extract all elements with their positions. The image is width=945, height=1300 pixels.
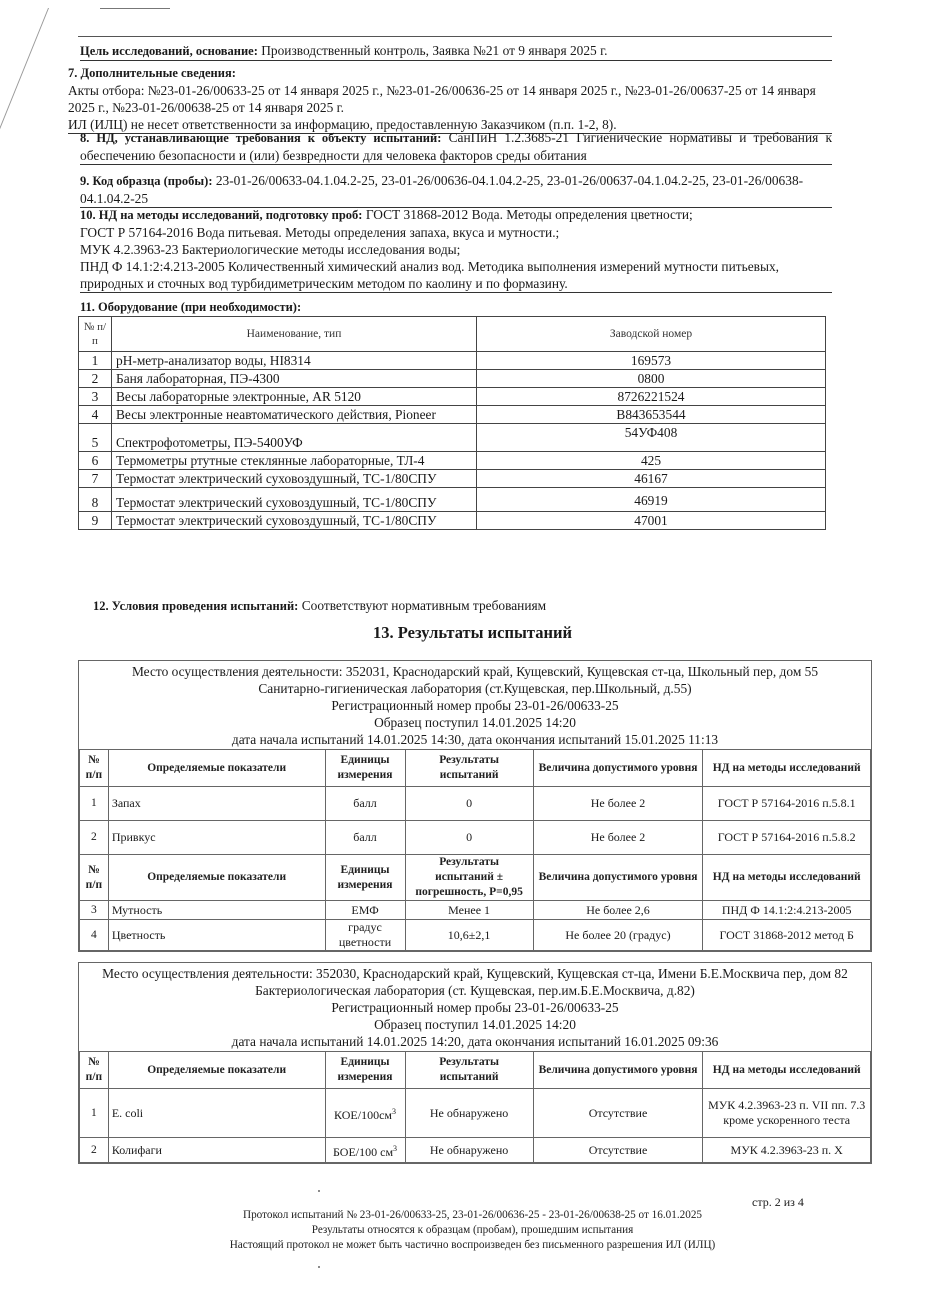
result-value: Менее 1 [405,901,533,920]
scan-speck [318,1190,320,1192]
section-sample-code: 9. Код образца (пробы): 23-01-26/00633-0… [80,172,832,208]
unit: КОЕ/100см3 [325,1089,405,1138]
limit-value: Отсутствие [533,1138,703,1163]
unit: балл [325,821,405,855]
section-equipment-title: 11. Оборудование (при необходимости): [80,298,832,316]
method-line: ГОСТ 31868-2012 Вода. Методы определения… [362,207,692,222]
section-label: 12. Условия проведения испытаний: [93,599,298,613]
results-scope-note: Результаты относятся к образцам (пробам)… [0,1223,945,1238]
test-dates: дата начала испытаний 14.01.2025 14:30, … [85,731,865,748]
serial-number: 47001 [477,512,826,530]
section-label: 11. Оборудование (при необходимости): [80,300,301,314]
equipment-name: Термостат электрический суховоздушный, Т… [112,512,477,530]
section-conditions: 12. Условия проведения испытаний: Соотве… [93,597,845,615]
table-header-row: № п/п Определяемые показатели Единицы из… [80,750,871,787]
result-value: 10,6±2,1 [405,920,533,951]
header-method: НД на методы исследований [703,1052,871,1089]
results-title: 13. Результаты испытаний [0,623,945,643]
table-row: 1 Запах балл 0 Не более 2 ГОСТ Р 57164-2… [80,787,871,821]
method-line: ПНД Ф 14.1:2:4.213-2005 Количественный х… [80,258,832,292]
unit: градус цветности [325,920,405,951]
section-label: Цель исследований, основание: [80,44,258,58]
equipment-name: pH-метр-анализатор воды, HI8314 [112,352,477,370]
lab-name: Санитарно-гигиеническая лаборатория (ст.… [85,680,865,697]
scan-artifact [100,8,170,9]
registration-number: Регистрационный номер пробы 23-01-26/006… [85,697,865,714]
indicator-name: Мутность [108,901,325,920]
equipment-name: Баня лабораторная, ПЭ-4300 [112,370,477,388]
method-line: МУК 4.2.3963-23 Бактериологические метод… [80,241,832,258]
table-row: 8Термостат электрический суховоздушный, … [79,488,826,512]
activity-place: Место осуществления деятельности: 352030… [85,965,865,982]
sample-received: Образец поступил 14.01.2025 14:20 [85,714,865,731]
header-result: Результаты испытаний [405,1052,533,1089]
equipment-table: № п/п Наименование, тип Заводской номер … [78,316,826,530]
section-value: Производственный контроль, Заявка №21 от… [258,43,608,58]
equipment-name: Весы электронные неавтоматического дейст… [112,406,477,424]
table-row: 9Термостат электрический суховоздушный, … [79,512,826,530]
limit-value: Не более 20 (градус) [533,920,703,951]
row-num: 1 [79,352,112,370]
method-line: ГОСТ Р 57164-2016 Вода питьевая. Методы … [80,224,832,241]
section-label: 7. Дополнительные сведения: [68,66,236,80]
indicator-name: Запах [108,787,325,821]
table-row: 5Спектрофотометры, ПЭ-5400УФ54УФ408 [79,424,826,452]
serial-number: B843653544 [477,406,826,424]
header-unit: Единицы измерения [325,1052,405,1089]
limit-value: Не более 2 [533,787,703,821]
method-ref: МУК 4.2.3963-23 п. X [703,1138,871,1163]
row-num: 3 [80,901,109,920]
limit-value: Отсутствие [533,1089,703,1138]
serial-number: 8726221524 [477,388,826,406]
table-row: 2 Колифаги БОЕ/100 см3 Не обнаружено Отс… [80,1138,871,1163]
result-value: Не обнаружено [405,1138,533,1163]
section-value: Соответствуют нормативным требованиям [298,598,546,613]
serial-number: 425 [477,452,826,470]
header-result: Результаты испытаний [405,750,533,787]
equipment-name: Термометры ртутные стеклянные лабораторн… [112,452,477,470]
header-unit: Единицы измерения [325,855,405,901]
table-row: 2 Привкус балл 0 Не более 2 ГОСТ Р 57164… [80,821,871,855]
serial-number: 46167 [477,470,826,488]
method-ref: ГОСТ 31868-2012 метод Б [703,920,871,951]
section-methods: 10. НД на методы исследований, подготовк… [80,206,832,293]
table-row: 4Весы электронные неавтоматического дейс… [79,406,826,424]
unit-exponent: 3 [392,1107,396,1116]
activity-place: Место осуществления деятельности: 352031… [85,663,865,680]
indicator-name: Цветность [108,920,325,951]
row-num: 7 [79,470,112,488]
table-row: 3Весы лабораторные электронные, AR 51208… [79,388,826,406]
results-table: № п/п Определяемые показатели Единицы из… [79,749,871,951]
header-num: № п/п [80,1052,109,1089]
reproduction-notice: Настоящий протокол не может быть частичн… [0,1238,945,1253]
table-row: 4 Цветность градус цветности 10,6±2,1 Не… [80,920,871,951]
section-additional-info: 7. Дополнительные сведения: Акты отбора:… [68,64,832,134]
limit-value: Не более 2 [533,821,703,855]
registration-number: Регистрационный номер пробы 23-01-26/006… [85,999,865,1016]
header-unit: Единицы измерения [325,750,405,787]
method-ref: МУК 4.2.3963-23 п. VII пп. 7.3 кроме уск… [703,1089,871,1138]
block-header: Место осуществления деятельности: 352030… [79,963,871,1051]
header-limit: Величина допустимого уровня [533,1052,703,1089]
serial-number: 169573 [477,352,826,370]
indicator-name: E. coli [108,1089,325,1138]
row-num: 6 [79,452,112,470]
divider [78,36,832,37]
table-row: 2Баня лабораторная, ПЭ-43000800 [79,370,826,388]
row-num: 1 [80,787,109,821]
row-num: 2 [79,370,112,388]
results-block-bacteriological: Место осуществления деятельности: 352030… [78,962,872,1164]
header-num: № п/п [79,317,112,352]
lab-name: Бактериологическая лаборатория (ст. Куще… [85,982,865,999]
header-method: НД на методы исследований [703,750,871,787]
equipment-name: Термостат электрический суховоздушный, Т… [112,470,477,488]
header-num: № п/п [80,855,109,901]
equipment-name: Весы лабораторные электронные, AR 5120 [112,388,477,406]
test-dates: дата начала испытаний 14.01.2025 14:20, … [85,1033,865,1050]
header-indicator: Определяемые показатели [108,1052,325,1089]
header-num: № п/п [80,750,109,787]
table-header-row: № п/п Определяемые показатели Единицы из… [80,1052,871,1089]
table-row: 1 E. coli КОЕ/100см3 Не обнаружено Отсут… [80,1089,871,1138]
row-num: 2 [80,821,109,855]
unit-text: КОЕ/100см [334,1108,392,1122]
protocol-page: Цель исследований, основание: Производст… [0,0,945,1300]
row-num: 4 [79,406,112,424]
row-num: 4 [80,920,109,951]
scan-speck [318,1266,320,1268]
serial-number: 0800 [477,370,826,388]
section-goal: Цель исследований, основание: Производст… [80,42,832,61]
sampling-acts: Акты отбора: №23-01-26/00633-25 от 14 ян… [68,82,832,116]
header-serial: Заводской номер [477,317,826,352]
indicator-name: Колифаги [108,1138,325,1163]
header-method: НД на методы исследований [703,855,871,901]
header-limit: Величина допустимого уровня [533,855,703,901]
table-header-row: № п/п Наименование, тип Заводской номер [79,317,826,352]
table-row: 7Термостат электрический суховоздушный, … [79,470,826,488]
block-header: Место осуществления деятельности: 352031… [79,661,871,749]
protocol-reference: Протокол испытаний № 23-01-26/00633-25, … [0,1208,945,1223]
indicator-name: Привкус [108,821,325,855]
row-num: 9 [79,512,112,530]
serial-number: 54УФ408 [477,424,826,452]
section-label: 10. НД на методы исследований, подготовк… [80,208,362,222]
row-num: 2 [80,1138,109,1163]
table-row: 1pH-метр-анализатор воды, HI8314169573 [79,352,826,370]
header-result-error: Результаты испытаний ± погрешность, P=0,… [405,855,533,901]
row-num: 8 [79,488,112,512]
section-label: 8. НД, устанавливающие требования к объе… [80,131,441,145]
result-value: Не обнаружено [405,1089,533,1138]
section-label: 9. Код образца (пробы): [80,174,212,188]
table-header-row: № п/п Определяемые показатели Единицы из… [80,855,871,901]
limit-value: Не более 2,6 [533,901,703,920]
scan-artifact [0,8,49,138]
unit: БОЕ/100 см3 [325,1138,405,1163]
sample-received: Образец поступил 14.01.2025 14:20 [85,1016,865,1033]
header-limit: Величина допустимого уровня [533,750,703,787]
unit: ЕМФ [325,901,405,920]
unit-text: БОЕ/100 см [333,1145,393,1159]
row-num: 1 [80,1089,109,1138]
results-table: № п/п Определяемые показатели Единицы из… [79,1051,871,1163]
method-ref: ПНД Ф 14.1:2:4.213-2005 [703,901,871,920]
results-block-sanitary: Место осуществления деятельности: 352031… [78,660,872,952]
row-num: 5 [79,424,112,452]
result-value: 0 [405,787,533,821]
serial-number: 46919 [477,488,826,512]
page-footer: Протокол испытаний № 23-01-26/00633-25, … [0,1208,945,1253]
header-name: Наименование, тип [112,317,477,352]
header-indicator: Определяемые показатели [108,750,325,787]
result-value: 0 [405,821,533,855]
method-ref: ГОСТ Р 57164-2016 п.5.8.1 [703,787,871,821]
table-row: 3 Мутность ЕМФ Менее 1 Не более 2,6 ПНД … [80,901,871,920]
unit: балл [325,787,405,821]
equipment-name: Спектрофотометры, ПЭ-5400УФ [112,424,477,452]
section-requirements: 8. НД, устанавливающие требования к объе… [80,129,832,165]
method-ref: ГОСТ Р 57164-2016 п.5.8.2 [703,821,871,855]
table-row: 6Термометры ртутные стеклянные лаборатор… [79,452,826,470]
row-num: 3 [79,388,112,406]
unit-exponent: 3 [393,1144,397,1153]
equipment-name: Термостат электрический суховоздушный, Т… [112,488,477,512]
header-indicator: Определяемые показатели [108,855,325,901]
